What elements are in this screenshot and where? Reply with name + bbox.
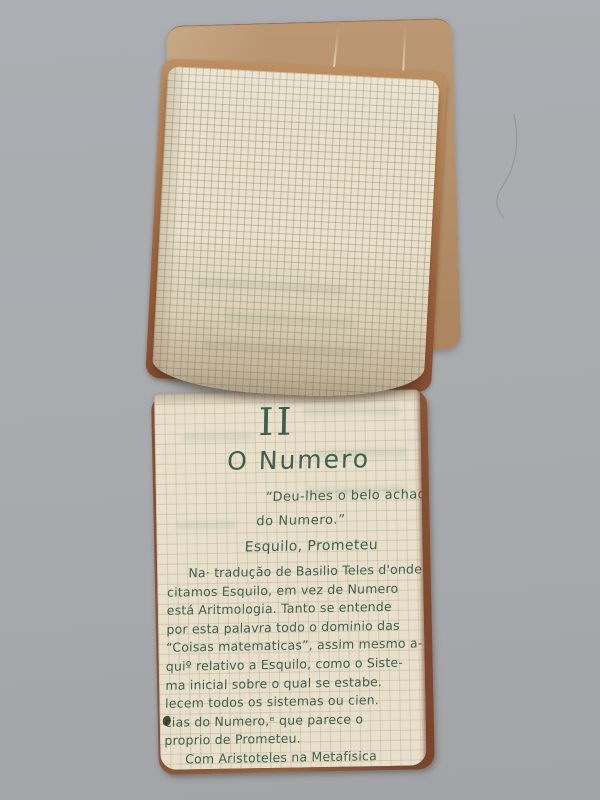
handwritten-page: II O Numero “Deu-lhes o belo achado do N… [154,389,427,770]
page-curl-shading [151,66,439,402]
show-through-ghost-text [176,521,236,530]
stray-hair [486,112,526,222]
epigraph-line-2: do Numero.” [256,513,346,530]
body-text: Na· tradução de Basilio Teles d'onde cit… [164,560,424,769]
chapter-title: O Numero [227,444,371,476]
show-through-ghost-text [304,406,400,417]
chapter-numeral: II [258,400,295,445]
flipped-grid-page [151,66,439,402]
body-line: Com Aristoteles na Metafisica [164,746,420,769]
epigraph-attribution: Esquilo, Prometeu [244,537,378,555]
show-through-ghost-text [183,432,253,441]
notebook-photo-scene: II O Numero “Deu-lhes o belo achado do N… [0,0,600,800]
epigraph-line-1: “Deu-lhes o belo achado [266,487,427,505]
